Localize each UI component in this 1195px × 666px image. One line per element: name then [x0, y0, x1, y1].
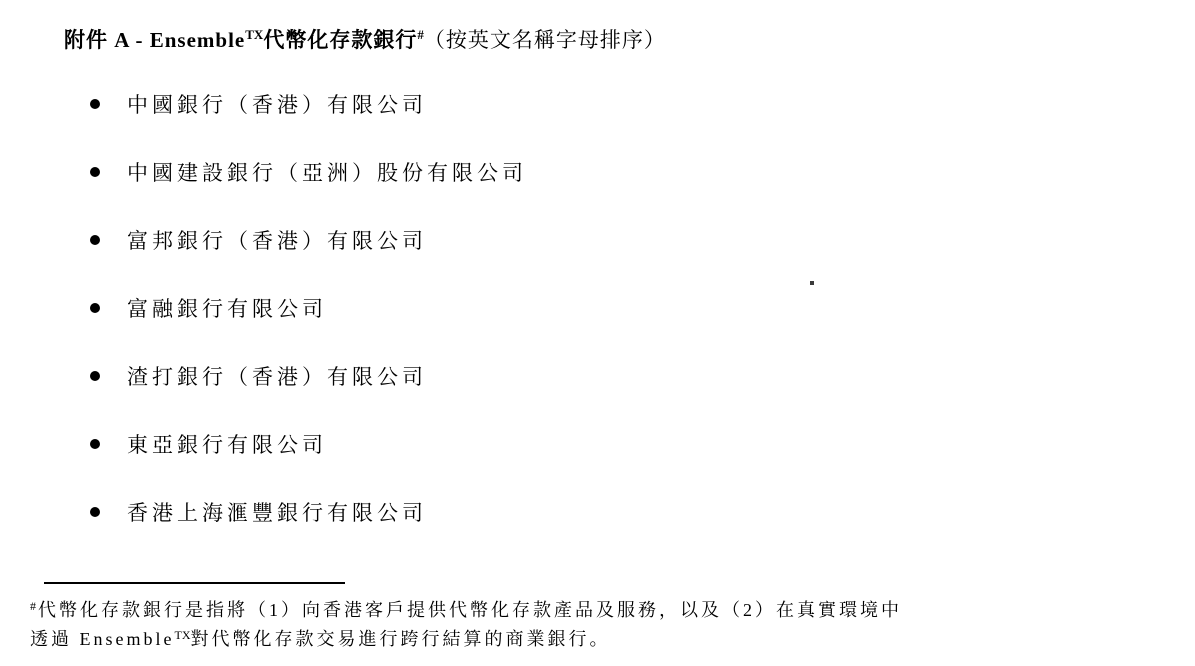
bank-name: 富邦銀行（香港）有限公司	[127, 225, 427, 255]
bullet-icon	[90, 371, 100, 381]
bank-list-item: 東亞銀行有限公司	[90, 432, 527, 455]
bullet-icon	[90, 303, 100, 313]
bullet-icon	[90, 167, 100, 177]
bullet-icon	[90, 439, 100, 449]
bank-name: 中國建設銀行（亞洲）股份有限公司	[127, 157, 527, 187]
title-text-mid: 代幣化存款銀行	[263, 28, 417, 52]
bank-name: 中國銀行（香港）有限公司	[127, 89, 427, 119]
footnote-superscript-tx: TX	[174, 628, 190, 642]
bank-name: 香港上海滙豐銀行有限公司	[127, 497, 427, 527]
bank-list: 中國銀行（香港）有限公司 中國建設銀行（亞洲）股份有限公司 富邦銀行（香港）有限…	[90, 92, 527, 568]
bullet-icon	[90, 507, 100, 517]
title-text-prefix: 附件 A - Ensemble	[64, 28, 245, 52]
bullet-icon	[90, 99, 100, 109]
bank-name: 東亞銀行有限公司	[127, 429, 327, 459]
bank-list-item: 富融銀行有限公司	[90, 296, 527, 319]
bank-name: 渣打銀行（香港）有限公司	[127, 361, 427, 391]
bank-list-item: 渣打銀行（香港）有限公司	[90, 364, 527, 387]
bank-list-item: 中國銀行（香港）有限公司	[90, 92, 527, 115]
bank-name: 富融銀行有限公司	[127, 293, 327, 323]
document-page: 附件 A - EnsembleTX代幣化存款銀行#（按英文名稱字母排序） 中國銀…	[0, 0, 1195, 666]
footnote: #代幣化存款銀行是指將（1）向香港客戶提供代幣化存款產品及服務，以及（2）在真實…	[30, 597, 912, 655]
bullet-icon	[90, 235, 100, 245]
footnote-separator	[44, 582, 345, 584]
bank-list-item: 富邦銀行（香港）有限公司	[90, 228, 527, 251]
footnote-text-after: 對代幣化存款交易進行跨行結算的商業銀行。	[190, 629, 610, 649]
stray-mark	[810, 281, 814, 285]
title-superscript-tx: TX	[245, 27, 263, 42]
bank-list-item: 香港上海滙豐銀行有限公司	[90, 500, 527, 523]
bank-list-item: 中國建設銀行（亞洲）股份有限公司	[90, 160, 527, 183]
page-title: 附件 A - EnsembleTX代幣化存款銀行#（按英文名稱字母排序）	[64, 26, 666, 57]
title-sort-note: （按英文名稱字母排序）	[424, 28, 666, 52]
title-superscript-hash: #	[417, 27, 424, 42]
footnote-marker: #	[30, 599, 38, 613]
